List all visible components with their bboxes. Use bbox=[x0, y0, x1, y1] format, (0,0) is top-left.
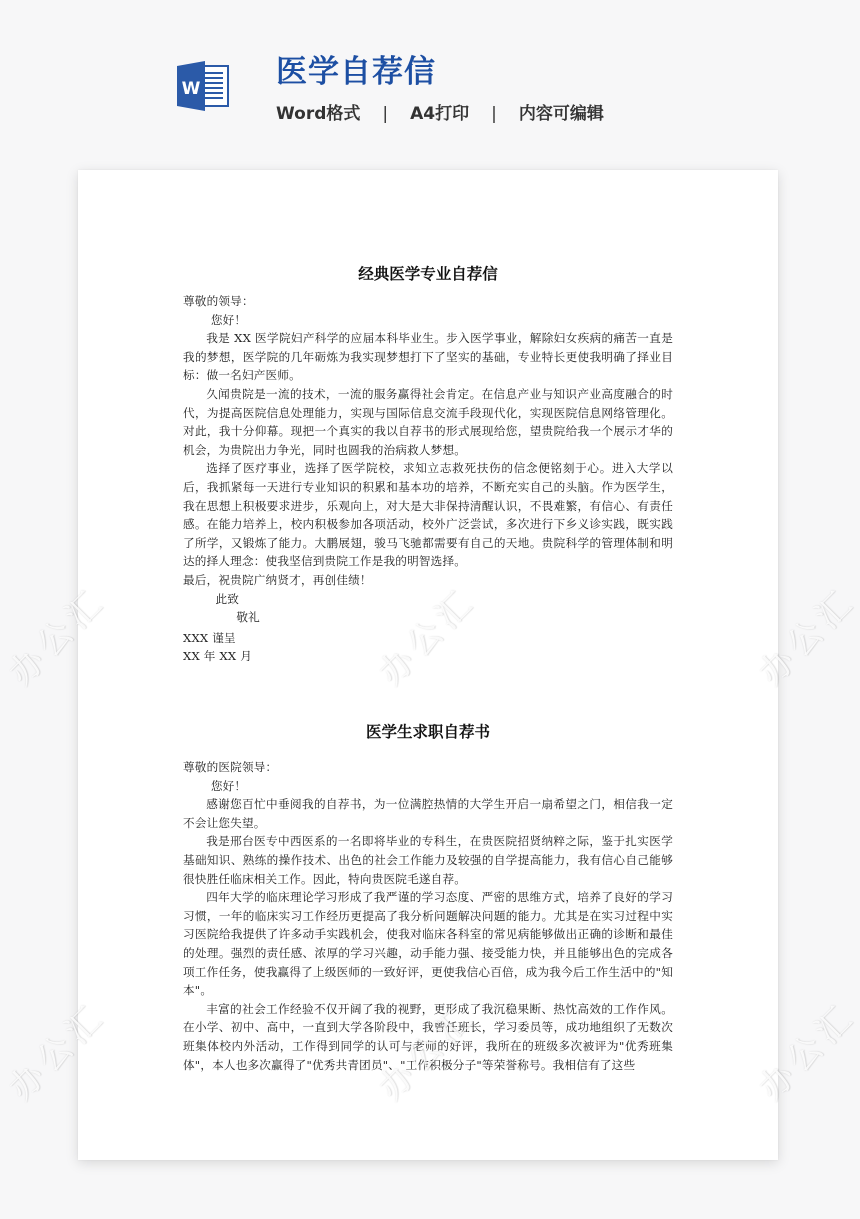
paragraph: 四年大学的临床理论学习形成了我严谨的学习态度、严密的思维方式，培养了良好的学习习… bbox=[183, 888, 673, 1000]
paragraph: 我是邢台医专中西医系的一名即将毕业的专科生，在贵医院招贤纳粹之际，鉴于扎实医学基… bbox=[183, 832, 673, 888]
signature: XXX 谨呈 bbox=[183, 629, 673, 648]
document-page: 经典医学专业自荐信 尊敬的领导： 您好！ 我是 XX 医学院妇产科学的应届本科毕… bbox=[78, 170, 778, 1160]
paragraph: 我是 XX 医学院妇产科学的应届本科毕业生。步入医学事业，解除妇女疾病的痛苦一直… bbox=[183, 329, 673, 385]
signature-date: XX 年 XX 月 bbox=[183, 647, 673, 666]
letter-2-title: 医学生求职自荐书 bbox=[183, 720, 673, 744]
greeting: 您好！ bbox=[183, 311, 673, 330]
page-title: 医学自荐信 bbox=[276, 52, 436, 92]
letter-2: 医学生求职自荐书 尊敬的医院领导： 您好！ 感谢您百忙中垂阅我的自荐书，为一位满… bbox=[183, 720, 673, 1074]
closing-cizhi: 此致 bbox=[183, 590, 673, 609]
letter-1: 经典医学专业自荐信 尊敬的领导： 您好！ 我是 XX 医学院妇产科学的应届本科毕… bbox=[183, 262, 673, 666]
tag-print: A4打印 bbox=[410, 101, 469, 127]
tag-format: Word格式 bbox=[276, 101, 360, 127]
tag-editable: 内容可编辑 bbox=[519, 101, 604, 127]
paragraph: 选择了医疗事业，选择了医学院校，求知立志救死扶伤的信念便铭刻于心。进入大学以后，… bbox=[183, 459, 673, 571]
greeting: 您好！ bbox=[183, 777, 673, 796]
header: W 医学自荐信 Word格式 | A4打印 | 内容可编辑 bbox=[0, 0, 860, 150]
paragraph: 久闻贵院是一流的技术，一流的服务赢得社会肯定。在信息产业与知识产业高度融合的时代… bbox=[183, 385, 673, 459]
closing-wish: 最后，祝贵院广纳贤才，再创佳绩！ bbox=[183, 571, 673, 590]
word-doc-icon: W bbox=[175, 60, 231, 112]
paragraph: 丰富的社会工作经验不仅开阔了我的视野，更形成了我沉稳果断、热忱高效的工作作风。在… bbox=[183, 1000, 673, 1074]
header-tags: Word格式 | A4打印 | 内容可编辑 bbox=[276, 101, 604, 127]
salutation: 尊敬的医院领导： bbox=[183, 758, 673, 777]
separator: | bbox=[382, 101, 388, 127]
svg-text:W: W bbox=[182, 79, 201, 99]
letter-1-title: 经典医学专业自荐信 bbox=[183, 262, 673, 286]
closing-jingli: 敬礼 bbox=[183, 608, 673, 627]
salutation: 尊敬的领导： bbox=[183, 292, 673, 311]
separator: | bbox=[491, 101, 497, 127]
paragraph: 感谢您百忙中垂阅我的自荐书，为一位满腔热情的大学生开启一扇希望之门，相信我一定不… bbox=[183, 795, 673, 832]
